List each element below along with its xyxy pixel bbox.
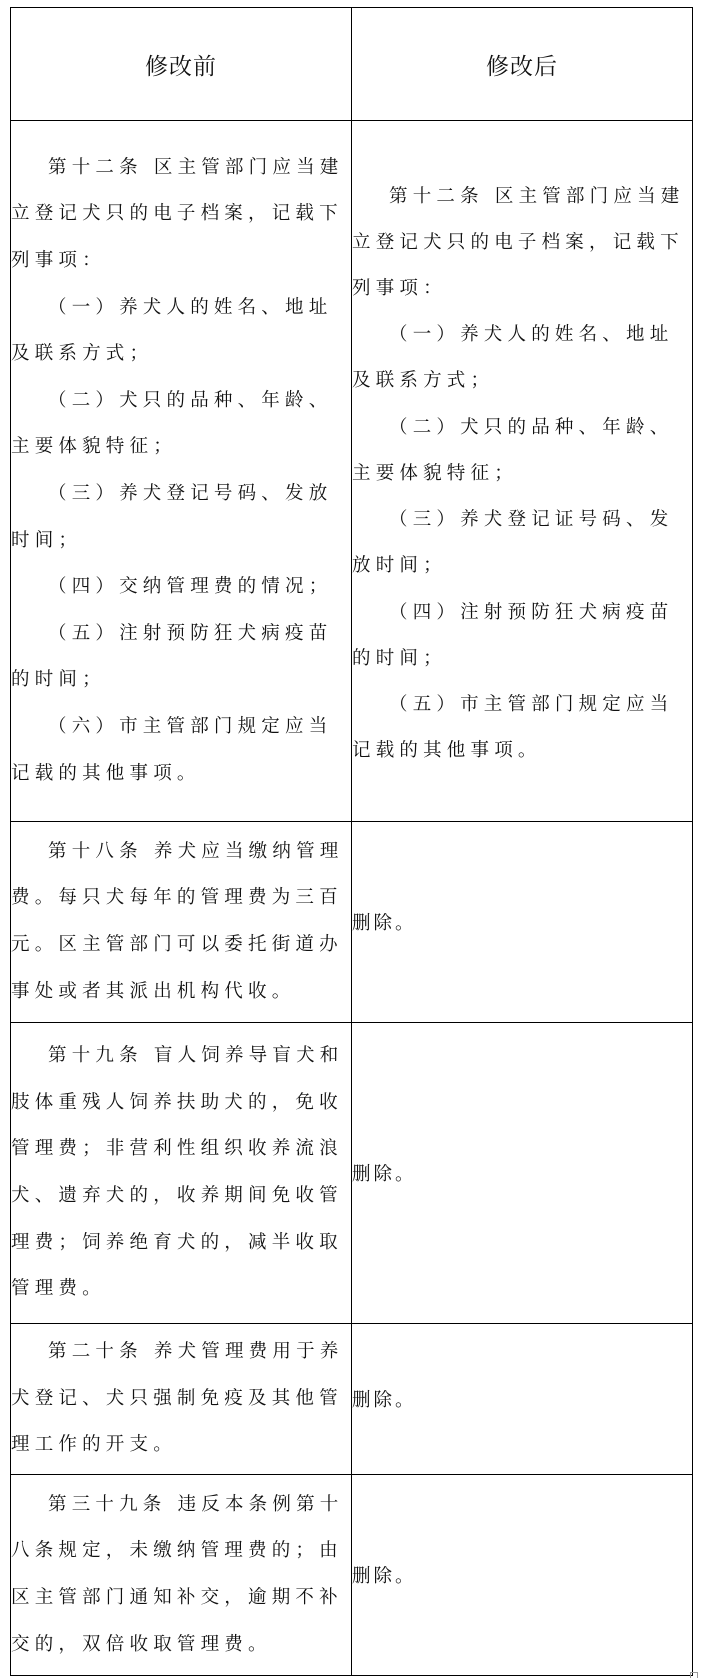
- paragraph: 第三十九条 违反本条例第十八条规定，未缴纳管理费的；由区主管部门通知补交，逾期不…: [11, 1482, 351, 1668]
- header-after: 修改后: [352, 8, 693, 121]
- paragraph: （一）养犬人的姓名、地址及联系方式；: [11, 285, 351, 378]
- header-before: 修改前: [11, 8, 352, 121]
- cell-after-deleted: 删除。: [352, 1324, 693, 1475]
- paragraph: （一）养犬人的姓名、地址及联系方式；: [352, 312, 692, 404]
- paragraph: （四）交纳管理费的情况；: [11, 564, 351, 611]
- table-row-article-19: 第十九条 盲人饲养导盲犬和肢体重残人饲养扶助犬的，免收管理费；非营利性组织收养流…: [11, 1023, 693, 1324]
- cell-after-deleted: 删除。: [352, 1475, 693, 1676]
- table-resize-handle[interactable]: [690, 1672, 698, 1678]
- cell-before: 第三十九条 违反本条例第十八条规定，未缴纳管理费的；由区主管部门通知补交，逾期不…: [11, 1475, 352, 1676]
- cell-after: 第十二条 区主管部门应当建立登记犬只的电子档案，记载下列事项： （一）养犬人的姓…: [352, 121, 693, 822]
- paragraph: （六）市主管部门规定应当记载的其他事项。: [11, 704, 351, 797]
- cell-before: 第十九条 盲人饲养导盲犬和肢体重残人饲养扶助犬的，免收管理费；非营利性组织收养流…: [11, 1023, 352, 1324]
- paragraph: 第二十条 养犬管理费用于养犬登记、犬只强制免疫及其他管理工作的开支。: [11, 1329, 351, 1469]
- cell-before: 第十二条 区主管部门应当建立登记犬只的电子档案，记载下列事项： （一）养犬人的姓…: [11, 121, 352, 822]
- table-row-article-20: 第二十条 养犬管理费用于养犬登记、犬只强制免疫及其他管理工作的开支。 删除。: [11, 1324, 693, 1475]
- paragraph: 第十二条 区主管部门应当建立登记犬只的电子档案，记载下列事项：: [11, 145, 351, 285]
- table-row-article-18: 第十八条 养犬应当缴纳管理费。每只犬每年的管理费为三百元。区主管部门可以委托街道…: [11, 822, 693, 1023]
- table-row-article-39: 第三十九条 违反本条例第十八条规定，未缴纳管理费的；由区主管部门通知补交，逾期不…: [11, 1475, 693, 1676]
- paragraph: （二）犬只的品种、年龄、主要体貌特征；: [352, 405, 692, 497]
- paragraph: （五）注射预防狂犬病疫苗的时间；: [11, 611, 351, 704]
- table-row-article-12: 第十二条 区主管部门应当建立登记犬只的电子档案，记载下列事项： （一）养犬人的姓…: [11, 121, 693, 822]
- comparison-table: 修改前 修改后 第十二条 区主管部门应当建立登记犬只的电子档案，记载下列事项： …: [10, 7, 693, 1676]
- paragraph: （五）市主管部门规定应当记载的其他事项。: [352, 682, 692, 774]
- paragraph: 第十九条 盲人饲养导盲犬和肢体重残人饲养扶助犬的，免收管理费；非营利性组织收养流…: [11, 1033, 351, 1313]
- header-row: 修改前 修改后: [11, 8, 693, 121]
- cell-before: 第十八条 养犬应当缴纳管理费。每只犬每年的管理费为三百元。区主管部门可以委托街道…: [11, 822, 352, 1023]
- paragraph: 第十二条 区主管部门应当建立登记犬只的电子档案，记载下列事项：: [352, 174, 692, 313]
- paragraph: （四）注射预防狂犬病疫苗的时间；: [352, 590, 692, 682]
- paragraph: （二）犬只的品种、年龄、主要体貌特征；: [11, 378, 351, 471]
- cell-after-deleted: 删除。: [352, 822, 693, 1023]
- cell-before: 第二十条 养犬管理费用于养犬登记、犬只强制免疫及其他管理工作的开支。: [11, 1324, 352, 1475]
- cell-after-deleted: 删除。: [352, 1023, 693, 1324]
- paragraph: 第十八条 养犬应当缴纳管理费。每只犬每年的管理费为三百元。区主管部门可以委托街道…: [11, 829, 351, 1015]
- paragraph: （三）养犬登记证号码、发放时间；: [352, 497, 692, 589]
- paragraph: （三）养犬登记号码、发放时间；: [11, 471, 351, 564]
